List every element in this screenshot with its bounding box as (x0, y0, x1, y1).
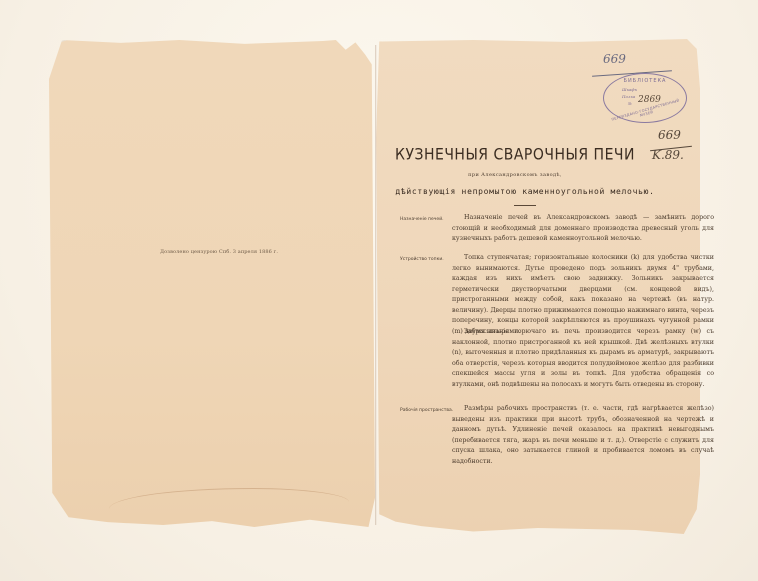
margin-label-firebox: Устройство топки. (400, 257, 458, 262)
document-subtitle-secondary: дѣйствующія непромытою каменноугольной м… (380, 187, 670, 196)
stamp-number-label: № (628, 101, 632, 106)
paragraph-working-space: Размѣры рабочихъ пространствъ (т. е. час… (452, 404, 714, 467)
call-number-top: 669 (658, 128, 681, 142)
call-number-bottom: K.89. (652, 148, 684, 162)
left-page (49, 40, 375, 527)
paragraph-firebox-2: Забрасываніе горючаго въ печь производит… (452, 327, 714, 390)
library-stamp: БИБЛІОТЕКА Шкафъ Полка № 2869 ПЕРЕИЗДАНО… (603, 73, 687, 123)
book-gutter (375, 45, 377, 525)
stamp-library-label: БИБЛІОТЕКА (604, 78, 686, 84)
stamp-shelf-label: Шкафъ (622, 87, 637, 92)
title-rule (514, 205, 536, 206)
document-title: КУЗНЕЧНЫЯ СВАРОЧНЫЯ ПЕЧИ (380, 146, 650, 164)
pencil-inventory-number: 669 (603, 52, 626, 66)
censor-approval-note: Дозволено цензурою Спб. 3 апреля 1886 г. (160, 249, 278, 255)
paragraph-purpose: Назначеніе печей въ Александровскомъ зав… (452, 213, 714, 245)
margin-label-working-space: Рабочія пространства. (400, 408, 458, 413)
document-subtitle: при Александровскомъ заводѣ, (380, 172, 650, 178)
paragraph-firebox-1: Топка ступенчатая; горизонтальные колосн… (452, 253, 714, 337)
margin-label-purpose: Назначеніе печей. (400, 217, 458, 222)
stamp-row-label: Полка (622, 94, 635, 99)
water-stain (109, 488, 349, 523)
